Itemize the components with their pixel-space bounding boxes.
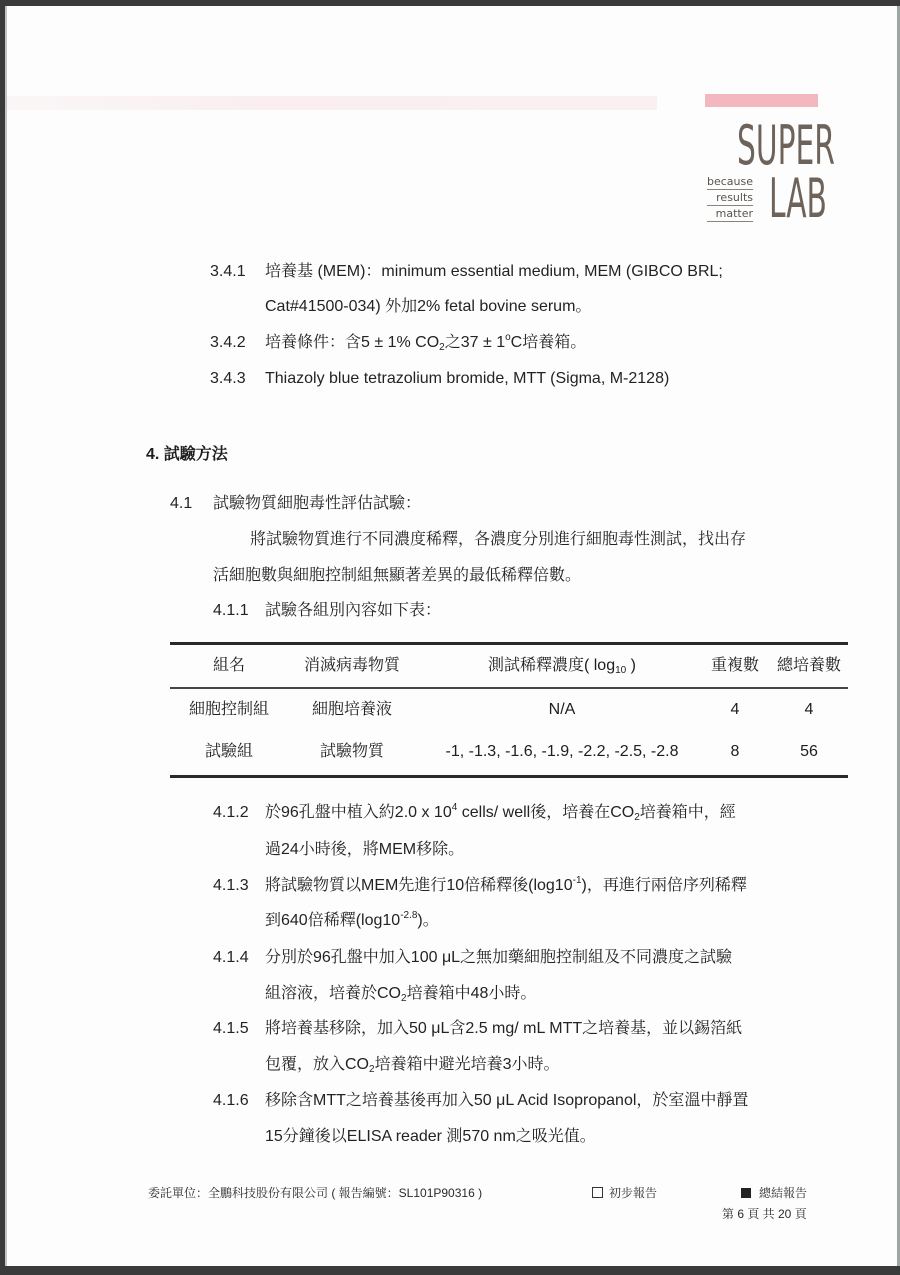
item-3-4-2: 3.4.2培養條件：含5 ± 1% CO2之37 ± 1oC培養箱。 [210, 333, 586, 353]
cell-group: 試驗組 [170, 731, 288, 773]
cell-dilution: N/A [416, 689, 708, 731]
text-part: )。 [417, 912, 438, 929]
checkbox-checked-icon [741, 1188, 751, 1198]
subscript: 10 [615, 665, 626, 676]
item-4-1-4-continued: 組溶液，培養於CO2培養箱中48小時。 [265, 984, 536, 1004]
header-replicates: 重複數 [700, 645, 770, 687]
text-part: 培養箱中48小時。 [407, 985, 537, 1002]
text-part: 到640倍稀釋(log10 [265, 912, 400, 929]
text-part: 培養箱中，經 [640, 804, 736, 821]
header-strip [7, 96, 657, 110]
section-heading: 4. 試驗方法 [146, 445, 228, 465]
cell-replicates: 8 [700, 731, 770, 773]
cell-replicates: 4 [700, 689, 770, 731]
item-4-1-2: 4.1.2於96孔盤中植入約2.0 x 104 cells/ well後，培養在… [213, 803, 736, 823]
footer-client: 委託單位：全鵬科技股份有限公司 ( 報告編號：SL101P90316 ) [148, 1185, 482, 1201]
item-text: 試驗各組別內容如下表： [265, 602, 441, 619]
cell-dilution: -1, -1.3, -1.6, -1.9, -2.2, -2.5, -2.8 [416, 731, 708, 773]
item-4-1-5: 4.1.5將培養基移除，加入50 μL含2.5 mg/ mL MTT之培養基，並… [213, 1019, 742, 1039]
text-part: 組溶液，培養於CO [265, 985, 401, 1002]
cell-total: 56 [770, 731, 848, 773]
cell-substance: 細胞培養液 [288, 689, 416, 731]
item-number: 3.4.2 [210, 333, 265, 353]
item-number: 4.1.6 [213, 1091, 265, 1111]
header-substance: 消滅病毒物質 [288, 645, 416, 687]
item-3-4-1: 3.4.1培養基 (MEM)：minimum essential medium,… [210, 262, 723, 282]
logo-super-text: SUPER [737, 119, 835, 173]
item-3-4-1-continued: Cat#41500-034) 外加2% fetal bovine serum。 [265, 297, 591, 317]
preliminary-label: 初步報告 [609, 1186, 657, 1200]
cell-substance: 試驗物質 [288, 731, 416, 773]
item-text: Thiazoly blue tetrazolium bromide, MTT (… [265, 370, 669, 387]
final-label: 總結報告 [759, 1186, 807, 1200]
superscript: -1 [573, 875, 582, 886]
footer-page-number: 第 6 頁 共 20 頁 [722, 1206, 807, 1222]
item-number: 4.1.5 [213, 1019, 265, 1039]
brand-accent-bar [705, 94, 818, 107]
header-dilution: 測試稀釋濃度( log10 ) [416, 645, 708, 687]
cell-group: 細胞控制組 [170, 689, 288, 731]
tagline-word: results [707, 190, 753, 206]
item-text: 移除含MTT之培養基後再加入50 μL Acid Isopropanol，於室溫… [265, 1092, 748, 1109]
superscript: -2.8 [400, 910, 417, 921]
text-part: 將試驗物質以MEM先進行10倍稀釋後(log10 [265, 877, 573, 894]
groups-table: 組名 消滅病毒物質 測試稀釋濃度( log10 ) 重複數 總培養數 細胞控制組… [170, 642, 848, 778]
document-page: SUPER LAB because results matter [5, 6, 900, 1266]
table-row: 細胞控制組 細胞培養液 N/A 4 4 [170, 689, 848, 731]
item-number: 3.4.3 [210, 369, 265, 389]
text-part: cells/ well後，培養在CO [457, 804, 634, 821]
item-4-1-3-continued: 到640倍稀釋(log10-2.8)。 [265, 911, 439, 931]
item-4-1-2-continued: 過24小時後，將MEM移除。 [265, 840, 464, 860]
text-part: 之37 ± 1 [445, 334, 505, 351]
header-dilution-close: ) [626, 657, 636, 674]
tagline-word: matter [707, 206, 753, 222]
table-bottom-rule [170, 775, 848, 778]
logo-tagline: because results matter [707, 174, 753, 222]
item-number: 4.1.1 [213, 601, 265, 621]
item-4-1-6-continued: 15分鐘後以ELISA reader 測570 nm之吸光值。 [265, 1127, 596, 1147]
text-part: 培養條件：含5 ± 1% CO [265, 334, 439, 351]
text-part: )，再進行兩倍序列稀釋 [582, 877, 747, 894]
item-number: 4.1.4 [213, 948, 265, 968]
item-number: 3.4.1 [210, 262, 265, 282]
tagline-word: because [707, 174, 753, 190]
text-part: 培養箱中避光培養3小時。 [375, 1056, 560, 1073]
cell-total: 4 [770, 689, 848, 731]
table-row: 試驗組 試驗物質 -1, -1.3, -1.6, -1.9, -2.2, -2.… [170, 731, 848, 773]
footer-preliminary: 初步報告 [592, 1185, 657, 1201]
header-group-name: 組名 [170, 645, 288, 687]
table-header-row: 組名 消滅病毒物質 測試稀釋濃度( log10 ) 重複數 總培養數 [170, 645, 848, 687]
item-text: 培養基 (MEM)：minimum essential medium, MEM … [265, 263, 723, 280]
item-number: 4.1.3 [213, 876, 265, 896]
item-number: 4.1 [170, 494, 213, 514]
checkbox-unchecked-icon [592, 1187, 603, 1198]
footer-final: 總結報告 [741, 1185, 807, 1201]
paragraph-line: 活細胞數與細胞控制組無顯著差異的最低稀釋倍數。 [213, 566, 581, 586]
item-4-1-5-continued: 包覆，放入CO2培養箱中避光培養3小時。 [265, 1055, 559, 1075]
subsection-title: 試驗物質細胞毒性評估試驗： [213, 495, 421, 512]
item-4-1-4: 4.1.4分別於96孔盤中加入100 μL之無加藥細胞控制組及不同濃度之試驗 [213, 948, 732, 968]
subsection-4-1: 4.1試驗物質細胞毒性評估試驗： [170, 494, 421, 514]
item-text: 分別於96孔盤中加入100 μL之無加藥細胞控制組及不同濃度之試驗 [265, 949, 732, 966]
paragraph-line: 將試驗物質進行不同濃度稀釋，各濃度分別進行細胞毒性測試，找出存 [250, 530, 746, 550]
item-4-1-3: 4.1.3將試驗物質以MEM先進行10倍稀釋後(log10-1)，再進行兩倍序列… [213, 876, 747, 896]
text-part: 於96孔盤中植入約2.0 x 10 [265, 804, 452, 821]
item-4-1-6: 4.1.6移除含MTT之培養基後再加入50 μL Acid Isopropano… [213, 1091, 748, 1111]
logo-lab-text: LAB [769, 172, 827, 226]
header-dilution-text: 測試稀釋濃度( log [488, 657, 615, 674]
text-part: 包覆，放入CO [265, 1056, 369, 1073]
text-part: C培養箱。 [511, 334, 587, 351]
item-text: 將培養基移除，加入50 μL含2.5 mg/ mL MTT之培養基，並以錫箔紙 [265, 1020, 742, 1037]
item-4-1-1: 4.1.1試驗各組別內容如下表： [213, 601, 441, 621]
item-3-4-3: 3.4.3Thiazoly blue tetrazolium bromide, … [210, 369, 669, 389]
header-total: 總培養數 [770, 645, 848, 687]
item-number: 4.1.2 [213, 803, 265, 823]
